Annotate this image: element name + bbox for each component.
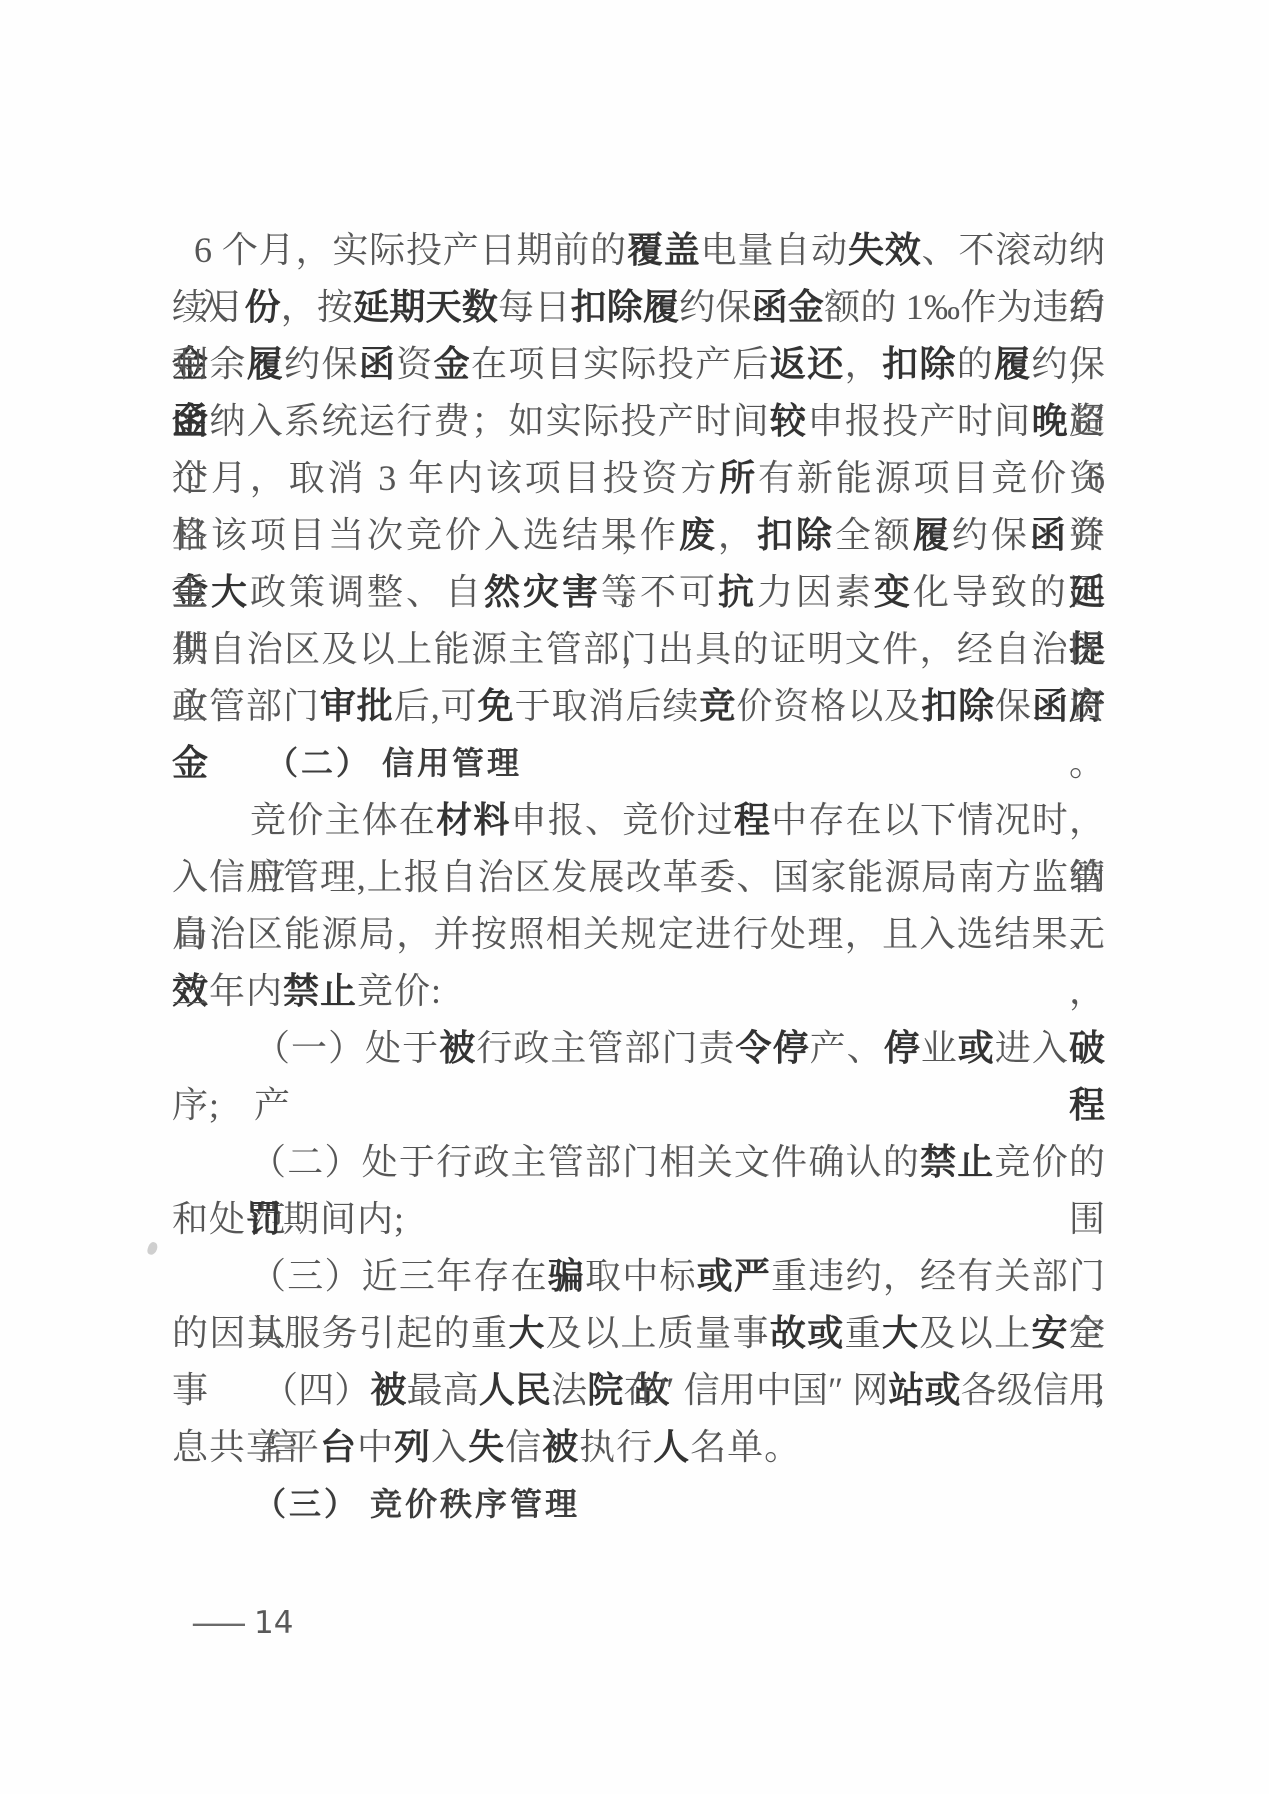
text-line: 主管部门审批后,可免于取消后续竞价资格以及扣除保函资金。 [172, 678, 1105, 735]
bold-text-segment: 停 [884, 1028, 921, 1068]
text-segment: 纳入系统运行费；如实际投产时间 [209, 401, 770, 441]
text-line: （二）处于行政主管部门相关文件确认的禁止竞价的范围 [172, 1134, 1105, 1191]
bold-text-segment: 程 [734, 800, 771, 840]
section-heading: （三） 竞价秩序管理 [172, 1476, 1105, 1533]
text-segment: （二）处于行政主管部门相关文件确认的 [250, 1142, 920, 1182]
text-segment: 力因素 [757, 572, 874, 612]
bold-text-segment: 扣除 [757, 515, 835, 555]
bold-text-segment: 破 [1069, 1028, 1105, 1068]
bold-text-segment: 大 [211, 572, 250, 612]
text-segment: 执行 [579, 1427, 653, 1467]
bold-text-segment: 延期天数 [353, 287, 498, 327]
text-segment: 化导致的 [913, 572, 1069, 612]
text-segment: 剩余 [172, 344, 247, 384]
bold-text-segment: 人 [653, 1427, 690, 1467]
text-line: 息共享平台中列入失信被执行人名单。 [172, 1419, 1105, 1476]
bold-text-segment: 站或 [888, 1370, 960, 1410]
bold-text-segment: 材料 [436, 800, 510, 840]
bold-text-segment: 较 [770, 401, 807, 441]
text-segment: 6 个月，实际投产日期前的 [194, 230, 627, 270]
bold-text-segment: 金 [434, 344, 471, 384]
bold-text-segment: 台 [320, 1427, 357, 1467]
bold-text-segment: 审批 [320, 686, 394, 726]
bold-text-segment: 失效 [848, 230, 922, 270]
bold-text-segment: 禁止 [283, 971, 357, 1011]
bold-text-segment: 或严 [697, 1256, 771, 1296]
text-segment: ， [718, 515, 757, 555]
text-line: 续月份，按延期天数每日扣除履约保函金额的 1‰作为违约金， [172, 279, 1105, 336]
bold-text-segment: 故或 [770, 1313, 845, 1353]
text-line: 的因其服务引起的重大及以上质量事故或重大及以上安全事故; [172, 1305, 1105, 1362]
bold-text-segment: 人民 [479, 1370, 551, 1410]
bold-text-segment: 罚 [246, 1199, 283, 1239]
text-segment: 在项目实际投产后 [471, 344, 770, 384]
text-line: （三）近三年存在骗取中标或严重违约，经有关部门认定 [172, 1248, 1105, 1305]
text-segment: 信 [505, 1427, 542, 1467]
text-line: 供自治区及以上能源主管部门出具的证明文件，经自治区政府 [172, 621, 1105, 678]
bold-text-segment: 扣除 [882, 344, 957, 384]
bold-text-segment: 金 [172, 401, 209, 441]
bold-text-segment: 安 [1032, 1313, 1069, 1353]
bold-text-segment: 或 [958, 1028, 995, 1068]
text-segment: 电量自动 [701, 230, 848, 270]
bold-text-segment: 程 [1069, 1085, 1105, 1125]
text-segment: 约保 [1032, 344, 1105, 384]
bold-text-segment: 大 [882, 1313, 919, 1353]
text-line: 剩余履约保函资金在项目实际投产后返还，扣除的履约保函资 [172, 336, 1105, 393]
text-segment: 的 [957, 344, 994, 384]
text-segment: 入 [431, 1427, 468, 1467]
document-page: 6 个月，实际投产日期前的覆盖电量自动失效、不滚动纳入后续月份，按延期天数每日扣… [0, 0, 1269, 1794]
bold-text-segment: 免 [478, 686, 515, 726]
bold-text-segment: 列 [394, 1427, 431, 1467]
bold-text-segment: 失 [468, 1427, 505, 1467]
text-segment: 全额 [835, 515, 913, 555]
footer-dash: — [190, 1603, 248, 1643]
text-segment: 于取消后续 [515, 686, 700, 726]
bold-text-segment: 被 [370, 1370, 406, 1410]
bold-text-segment: 扣除履 [571, 287, 680, 327]
text-segment: 息共享平 [172, 1427, 320, 1467]
text-segment: ， [845, 344, 882, 384]
text-line: 自治区能源局，并按照相关规定进行处理，且入选结果无效， [172, 906, 1105, 963]
text-segment: 名单。 [690, 1427, 801, 1467]
text-segment: 额的 1‰作为违约 [824, 287, 1105, 327]
text-segment: 产、 [810, 1028, 884, 1068]
text-segment: 约保 [679, 287, 751, 327]
bold-text-segment: 延 [1069, 572, 1105, 612]
text-segment: 和处 [172, 1199, 246, 1239]
text-segment: （一）处于 [254, 1028, 439, 1068]
text-line: 竞价主体在材料申报、竞价过程中存在以下情况时，应纳 [172, 792, 1105, 849]
bold-text-segment: 覆盖 [627, 230, 701, 270]
bold-text-segment: 骗 [548, 1256, 585, 1296]
text-line: 6 个月，实际投产日期前的覆盖电量自动失效、不滚动纳入后 [172, 222, 1105, 279]
text-segment: 每日 [498, 287, 570, 327]
page-number: 14 [254, 1603, 293, 1643]
text-segment: 及以上质量事 [546, 1313, 770, 1353]
text-segment: 产 [254, 1085, 1069, 1125]
text-segment: 价资格以及 [736, 686, 921, 726]
bold-text-segment: 变 [874, 572, 913, 612]
text-segment: 重 [845, 1313, 882, 1353]
text-segment: 申报投产时间 [807, 401, 1031, 441]
text-segment: 进入 [995, 1028, 1069, 1068]
text-segment: 竞价主体在 [250, 800, 436, 840]
bold-text-segment: 扣除 [921, 686, 995, 726]
bold-text-segment: 抗 [718, 572, 757, 612]
text-segment: 后,可 [394, 686, 478, 726]
text-segment: 个月，取消 3 年内该项目投资方 [172, 458, 719, 498]
text-segment: 中 [357, 1427, 394, 1467]
bold-text-segment: 履 [247, 344, 284, 384]
page-footer: — 14 [190, 1603, 293, 1643]
text-line: 重大政策调整、自然灾害等不可抗力因素变化导致的延期，提 [172, 564, 1105, 621]
bold-text-segment: 大 [508, 1313, 545, 1353]
text-segment: 保 [995, 686, 1032, 726]
bold-text-segment: 函 [1032, 686, 1069, 726]
bold-text-segment: 所 [719, 458, 758, 498]
bold-text-segment: 院 [587, 1370, 623, 1410]
bold-text-segment: 禁止 [920, 1142, 994, 1182]
text-segment: 最高 [407, 1370, 479, 1410]
text-line: 个月，取消 3 年内该项目投资方所有新能源项目竞价资格，并 [172, 450, 1105, 507]
text-segment: 申报、竞价过 [511, 800, 734, 840]
text-segment: 等不可 [601, 572, 718, 612]
bold-text-segment: 竞 [699, 686, 736, 726]
text-segment: 行政主管部门责 [476, 1028, 735, 1068]
bold-text-segment: 履 [994, 344, 1031, 384]
text-segment: 资 [396, 344, 433, 384]
text-segment: 政策调整、自 [250, 572, 484, 612]
text-segment: 且该项目当次竞价入选结果作 [172, 515, 679, 555]
text-segment: 竞价: [357, 971, 442, 1011]
text-segment: 自治区能源局，并按照相关规定进行处理，且入选结果无 [172, 914, 1105, 954]
bold-text-segment: 被 [542, 1427, 579, 1467]
bold-text-segment: 被 [439, 1028, 476, 1068]
text-segment: 三年内 [172, 971, 283, 1011]
bold-text-segment: 函金 [752, 287, 824, 327]
text-segment: 续月 [172, 287, 244, 327]
bold-text-segment: 晚 [1032, 401, 1069, 441]
text-segment: 业 [921, 1028, 958, 1068]
bold-text-segment: 函 [1030, 515, 1069, 555]
text-segment: 约保 [952, 515, 1030, 555]
text-segment: （四） [262, 1370, 370, 1410]
text-segment: 法 [551, 1370, 587, 1410]
bold-text-segment: 然灾害 [484, 572, 601, 612]
scan-artifact [146, 1241, 159, 1256]
text-segment: ， [1069, 971, 1105, 1011]
text-block: 6 个月，实际投产日期前的覆盖电量自动失效、不滚动纳入后续月份，按延期天数每日扣… [172, 222, 1105, 1533]
text-line: （一）处于被行政主管部门责令停产、停业或进入破产程 [172, 1020, 1105, 1077]
bold-text-segment: 履 [913, 515, 952, 555]
bold-text-segment: （三） 竞价秩序管理 [254, 1486, 580, 1522]
bold-text-segment: （二） 信用管理 [266, 745, 522, 781]
text-line: 且该项目当次竞价入选结果作废，扣除全额履约保函资金。因 [172, 507, 1105, 564]
bold-text-segment: 令停 [736, 1028, 810, 1068]
text-line: 金纳入系统运行费；如实际投产时间较申报投产时间晚超过 6 [172, 393, 1105, 450]
bold-text-segment: 份 [244, 287, 280, 327]
text-segment: 及以上 [919, 1313, 1031, 1353]
text-segment: 期间内; [283, 1199, 405, 1239]
text-segment: 重 [172, 572, 211, 612]
text-line: （四）被最高人民法院在″ 信用中国″ 网站或各级信用信 [172, 1362, 1105, 1419]
text-segment: 的因其服务引起的重 [172, 1313, 508, 1353]
text-segment: （三）近三年存在 [250, 1256, 548, 1296]
text-segment: ，按 [281, 287, 353, 327]
text-segment: 约保 [284, 344, 359, 384]
bold-text-segment: 返还 [770, 344, 845, 384]
text-segment: 主管部门 [172, 686, 320, 726]
text-segment: 。 [1069, 743, 1105, 783]
text-line: 入信用管理,上报自治区发展改革委、国家能源局南方监管局、 [172, 849, 1105, 906]
bold-text-segment: 废 [679, 515, 718, 555]
text-segment: 取中标 [585, 1256, 697, 1296]
bold-text-segment: 函 [359, 344, 396, 384]
text-segment: 资 [1069, 515, 1105, 555]
text-segment: 序; [172, 1085, 220, 1125]
text-segment: 资 [1069, 686, 1105, 726]
text-segment: 在″ 信用中国″ 网 [623, 1370, 888, 1410]
